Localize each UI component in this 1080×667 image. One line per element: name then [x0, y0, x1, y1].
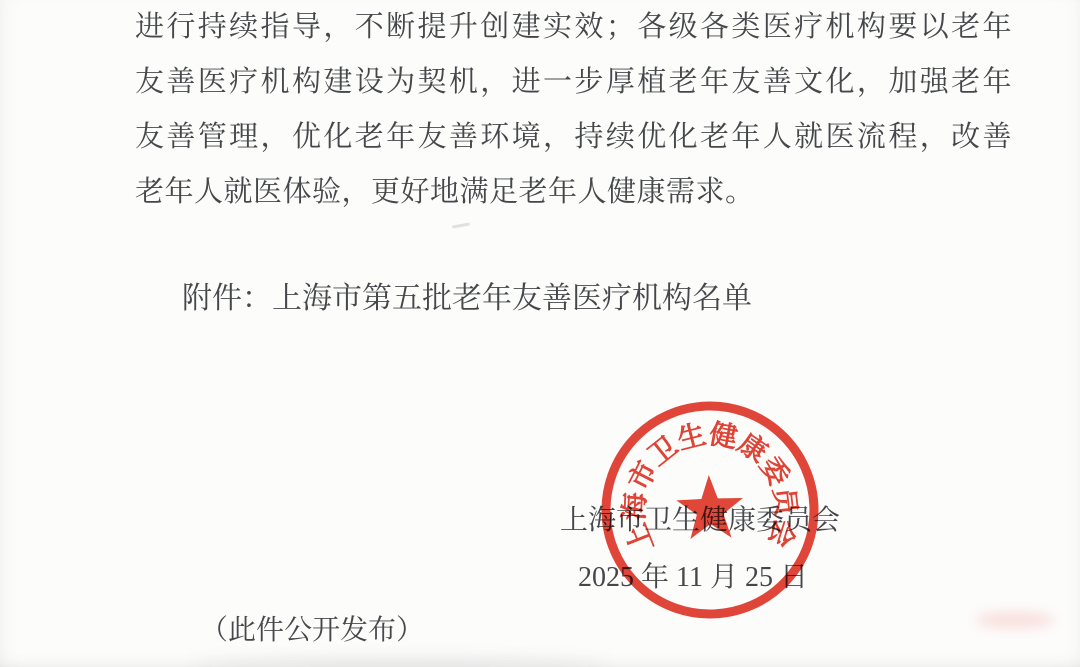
attachment-line: 附件：上海市第五批老年友善医疗机构名单 [182, 284, 752, 314]
body-line-2: 友善医疗机构建设为契机，进一步厚植老年友善文化，加强老年 [135, 55, 1012, 110]
body-line-3: 友善管理，优化老年友善环境，持续优化老年人就医流程，改善 [135, 110, 1012, 165]
scan-artifact-dash [452, 222, 470, 228]
official-seal: 上海市卫生健康委员会 [586, 386, 834, 634]
scan-artifact-ink-smudge [975, 612, 1055, 628]
seal-star-icon [675, 474, 744, 540]
document-page: 进行持续指导，不断提升创建实效；各级各类医疗机构要以老年 友善医疗机构建设为契机… [0, 0, 1080, 667]
body-line-1: 进行持续指导，不断提升创建实效；各级各类医疗机构要以老年 [135, 0, 1012, 55]
body-paragraph: 进行持续指导，不断提升创建实效；各级各类医疗机构要以老年 友善医疗机构建设为契机… [135, 0, 1012, 220]
public-release-note: （此件公开发布） [200, 615, 424, 647]
body-line-4: 老年人就医体验，更好地满足老年人健康需求。 [135, 165, 1012, 220]
scan-artifact-bottom-shadow [190, 656, 610, 667]
